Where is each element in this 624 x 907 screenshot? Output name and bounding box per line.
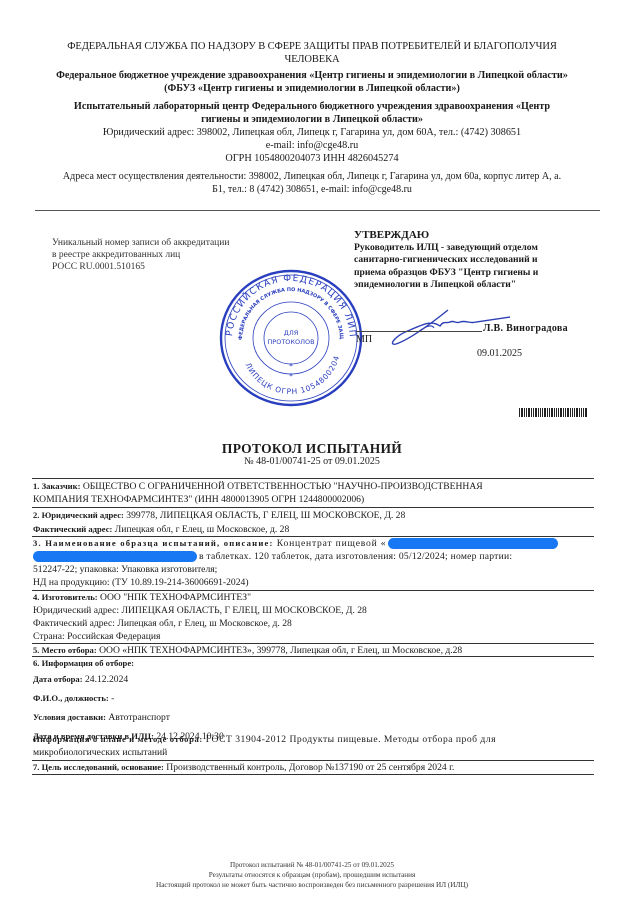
- lab-line-1: Испытательный лабораторный центр Федерал…: [0, 100, 624, 113]
- stamp-center-line-1: ДЛЯ: [284, 329, 298, 337]
- sampler-person-value: -: [109, 693, 115, 704]
- section-manufacturer: 4. Изготовитель: ООО "НПК ТЕХНОФАРМСИНТЕ…: [33, 591, 593, 643]
- sampling-date-label: Дата отбора:: [33, 674, 83, 684]
- sampling-place-value: ООО «НПК ТЕХНОФАРМСИНТЕЗ», 399778, Липец…: [97, 645, 463, 656]
- footer-line-1: Протокол испытаний № 48-01/00741-25 от 0…: [0, 860, 624, 870]
- lab-info: Испытательный лабораторный центр Федерал…: [0, 100, 624, 165]
- protocol-title: ПРОТОКОЛ ИСПЫТАНИЙ: [0, 441, 624, 457]
- agency-line-1: ФЕДЕРАЛЬНАЯ СЛУЖБА ПО НАДЗОРУ В СФЕРЕ ЗА…: [0, 40, 624, 53]
- actual-address-label: Фактический адрес:: [33, 524, 112, 534]
- sampling-method-value: ГОСТ 31904-2012 Продукты пищевые. Методы…: [203, 734, 496, 745]
- accreditation-line-1: Уникальный номер записи об аккредитации: [52, 237, 229, 249]
- section-address: 2. Юридический адрес: 399778, ЛИПЕЦКАЯ О…: [33, 509, 593, 536]
- section-sample: 3. Наименование образца испытаний, описа…: [33, 537, 593, 589]
- protocol-number: № 48-01/00741-25 от 09.01.2025: [0, 456, 624, 467]
- approval-block: УТВЕРЖДАЮ Руководитель ИЛЦ - заведующий …: [354, 229, 604, 292]
- manufacturer-legal-address: Юридический адрес: ЛИПЕЦКАЯ ОБЛАСТЬ, Г Е…: [33, 604, 593, 617]
- accreditation-number: РОСС RU.0001.510165: [52, 261, 229, 273]
- institution-line-2: (ФБУЗ «Центр гигиены и эпидемиологии в Л…: [0, 82, 624, 95]
- sampling-method-value-cont: микробиологических испытаний: [33, 746, 593, 759]
- approval-title: УТВЕРЖДАЮ: [354, 229, 604, 242]
- institution-heading: Федеральное бюджетное учреждение здравоо…: [0, 69, 624, 95]
- footer-line-2: Результаты относятся к образцам (пробам)…: [0, 870, 624, 880]
- signer-name: Л.В. Виноградова: [483, 323, 568, 334]
- sample-batch-packaging: 512247-22; упаковка: Упаковка изготовите…: [33, 563, 593, 576]
- footer-line-3: Настоящий протокол не может быть частичн…: [0, 880, 624, 890]
- customer-name: ОБЩЕСТВО С ОГРАНИЧЕННОЙ ОТВЕТСТВЕННОСТЬЮ…: [80, 481, 482, 492]
- approval-line-4: эпидемиологии в Липецкой области": [354, 279, 604, 292]
- sampler-person-label: Ф.И.О., должность:: [33, 693, 109, 703]
- legal-address-value: 399778, ЛИПЕЦКАЯ ОБЛАСТЬ, Г ЕЛЕЦ, Ш МОСК…: [124, 510, 405, 521]
- header-divider: [35, 210, 600, 211]
- approval-line-3: приема образцов ФБУЗ "Центр гигиены и: [354, 267, 604, 280]
- activity-address: Адреса мест осуществления деятельности: …: [40, 170, 584, 196]
- redacted-text: [388, 538, 558, 549]
- sampling-date-value: 24.12.2024: [83, 674, 129, 685]
- redacted-text: [33, 551, 197, 562]
- manufacturer-name: ООО "НПК ТЕХНОФАРМСИНТЕЗ": [98, 592, 251, 603]
- approval-line-1: Руководитель ИЛЦ - заведующий отделом: [354, 242, 604, 255]
- section-divider: [32, 478, 594, 479]
- manufacturer-country: Страна: Российская Федерация: [33, 630, 593, 643]
- sampling-method: Информация о плане и методе отбора: ГОСТ…: [33, 733, 593, 759]
- purpose-label: 7. Цель исследований, основание:: [33, 762, 164, 772]
- stamp-center-line-2: ПРОТОКОЛОВ: [267, 338, 314, 346]
- actual-address-value: Липецкая обл, г Елец, ш Московское, д. 2…: [112, 524, 289, 535]
- activity-address-line-1: Адреса мест осуществления деятельности: …: [40, 170, 584, 183]
- stamp-place-label: МП: [356, 334, 372, 345]
- official-seal-stamp: РОССИЙСКАЯ ФЕДЕРАЦИЯ ЛИПЕЦКАЯ ФЕДЕРАЛЬНА…: [218, 268, 364, 408]
- section-divider: [32, 507, 594, 508]
- delivery-conditions-label: Условия доставки:: [33, 712, 106, 722]
- sampling-place-label: 5. Место отбора:: [33, 645, 97, 655]
- manufacturer-label: 4. Изготовитель:: [33, 592, 98, 602]
- barcode-icon: [519, 408, 609, 417]
- section-divider: [32, 774, 594, 775]
- purpose-value: Производственный контроль, Договор №1371…: [164, 762, 454, 773]
- sample-name: Концентрат пищевой «: [274, 538, 387, 549]
- agency-heading: ФЕДЕРАЛЬНАЯ СЛУЖБА ПО НАДЗОРУ В СФЕРЕ ЗА…: [0, 40, 624, 66]
- institution-line-1: Федеральное бюджетное учреждение здравоо…: [0, 69, 624, 82]
- approval-date: 09.01.2025: [477, 348, 522, 359]
- approval-line-2: санитарно-гигиенических исследований и: [354, 254, 604, 267]
- manufacturer-actual-address: Фактический адрес: Липецкая обл, г Елец,…: [33, 617, 593, 630]
- accreditation-block: Уникальный номер записи об аккредитации …: [52, 237, 229, 273]
- signature-line: [356, 331, 482, 332]
- section-customer: 1. Заказчик: ОБЩЕСТВО С ОГРАНИЧЕННОЙ ОТВ…: [33, 480, 593, 506]
- activity-address-line-2: Б1, тел.: 8 (4742) 308651, e-mail: info@…: [40, 183, 584, 196]
- sample-label: 3. Наименование образца испытаний, описа…: [33, 538, 274, 548]
- accreditation-line-2: в реестре аккредитованных лиц: [52, 249, 229, 261]
- agency-line-2: ЧЕЛОВЕКА: [0, 53, 624, 66]
- svg-text:*: *: [289, 372, 293, 381]
- page-footer: Протокол испытаний № 48-01/00741-25 от 0…: [0, 860, 624, 890]
- lab-legal-address: Юридический адрес: 398002, Липецкая обл,…: [0, 126, 624, 139]
- section-purpose: 7. Цель исследований, основание: Произво…: [33, 761, 593, 774]
- legal-address-label: 2. Юридический адрес:: [33, 510, 124, 520]
- lab-email: e-mail: info@cge48.ru: [0, 139, 624, 152]
- sample-description: в таблетках. 120 таблеток, дата изготовл…: [199, 551, 512, 562]
- customer-name-cont: КОМПАНИЯ ТЕХНОФАРМСИНТЕЗ" (ИНН 480001390…: [33, 493, 593, 506]
- svg-text:*: *: [289, 362, 293, 371]
- lab-ogrn-inn: ОГРН 1054800204073 ИНН 4826045274: [0, 152, 624, 165]
- customer-label: 1. Заказчик:: [33, 481, 80, 491]
- sampling-info-label: 6. Информация об отборе:: [33, 657, 593, 670]
- lab-line-2: гигиены и эпидемиологии в Липецкой облас…: [0, 113, 624, 126]
- delivery-conditions-value: Автотранспорт: [106, 712, 170, 723]
- sampling-method-label: Информация о плане и методе отбора:: [33, 734, 203, 744]
- sample-normative-doc: НД на продукцию: (ТУ 10.89.19-214-360066…: [33, 576, 593, 589]
